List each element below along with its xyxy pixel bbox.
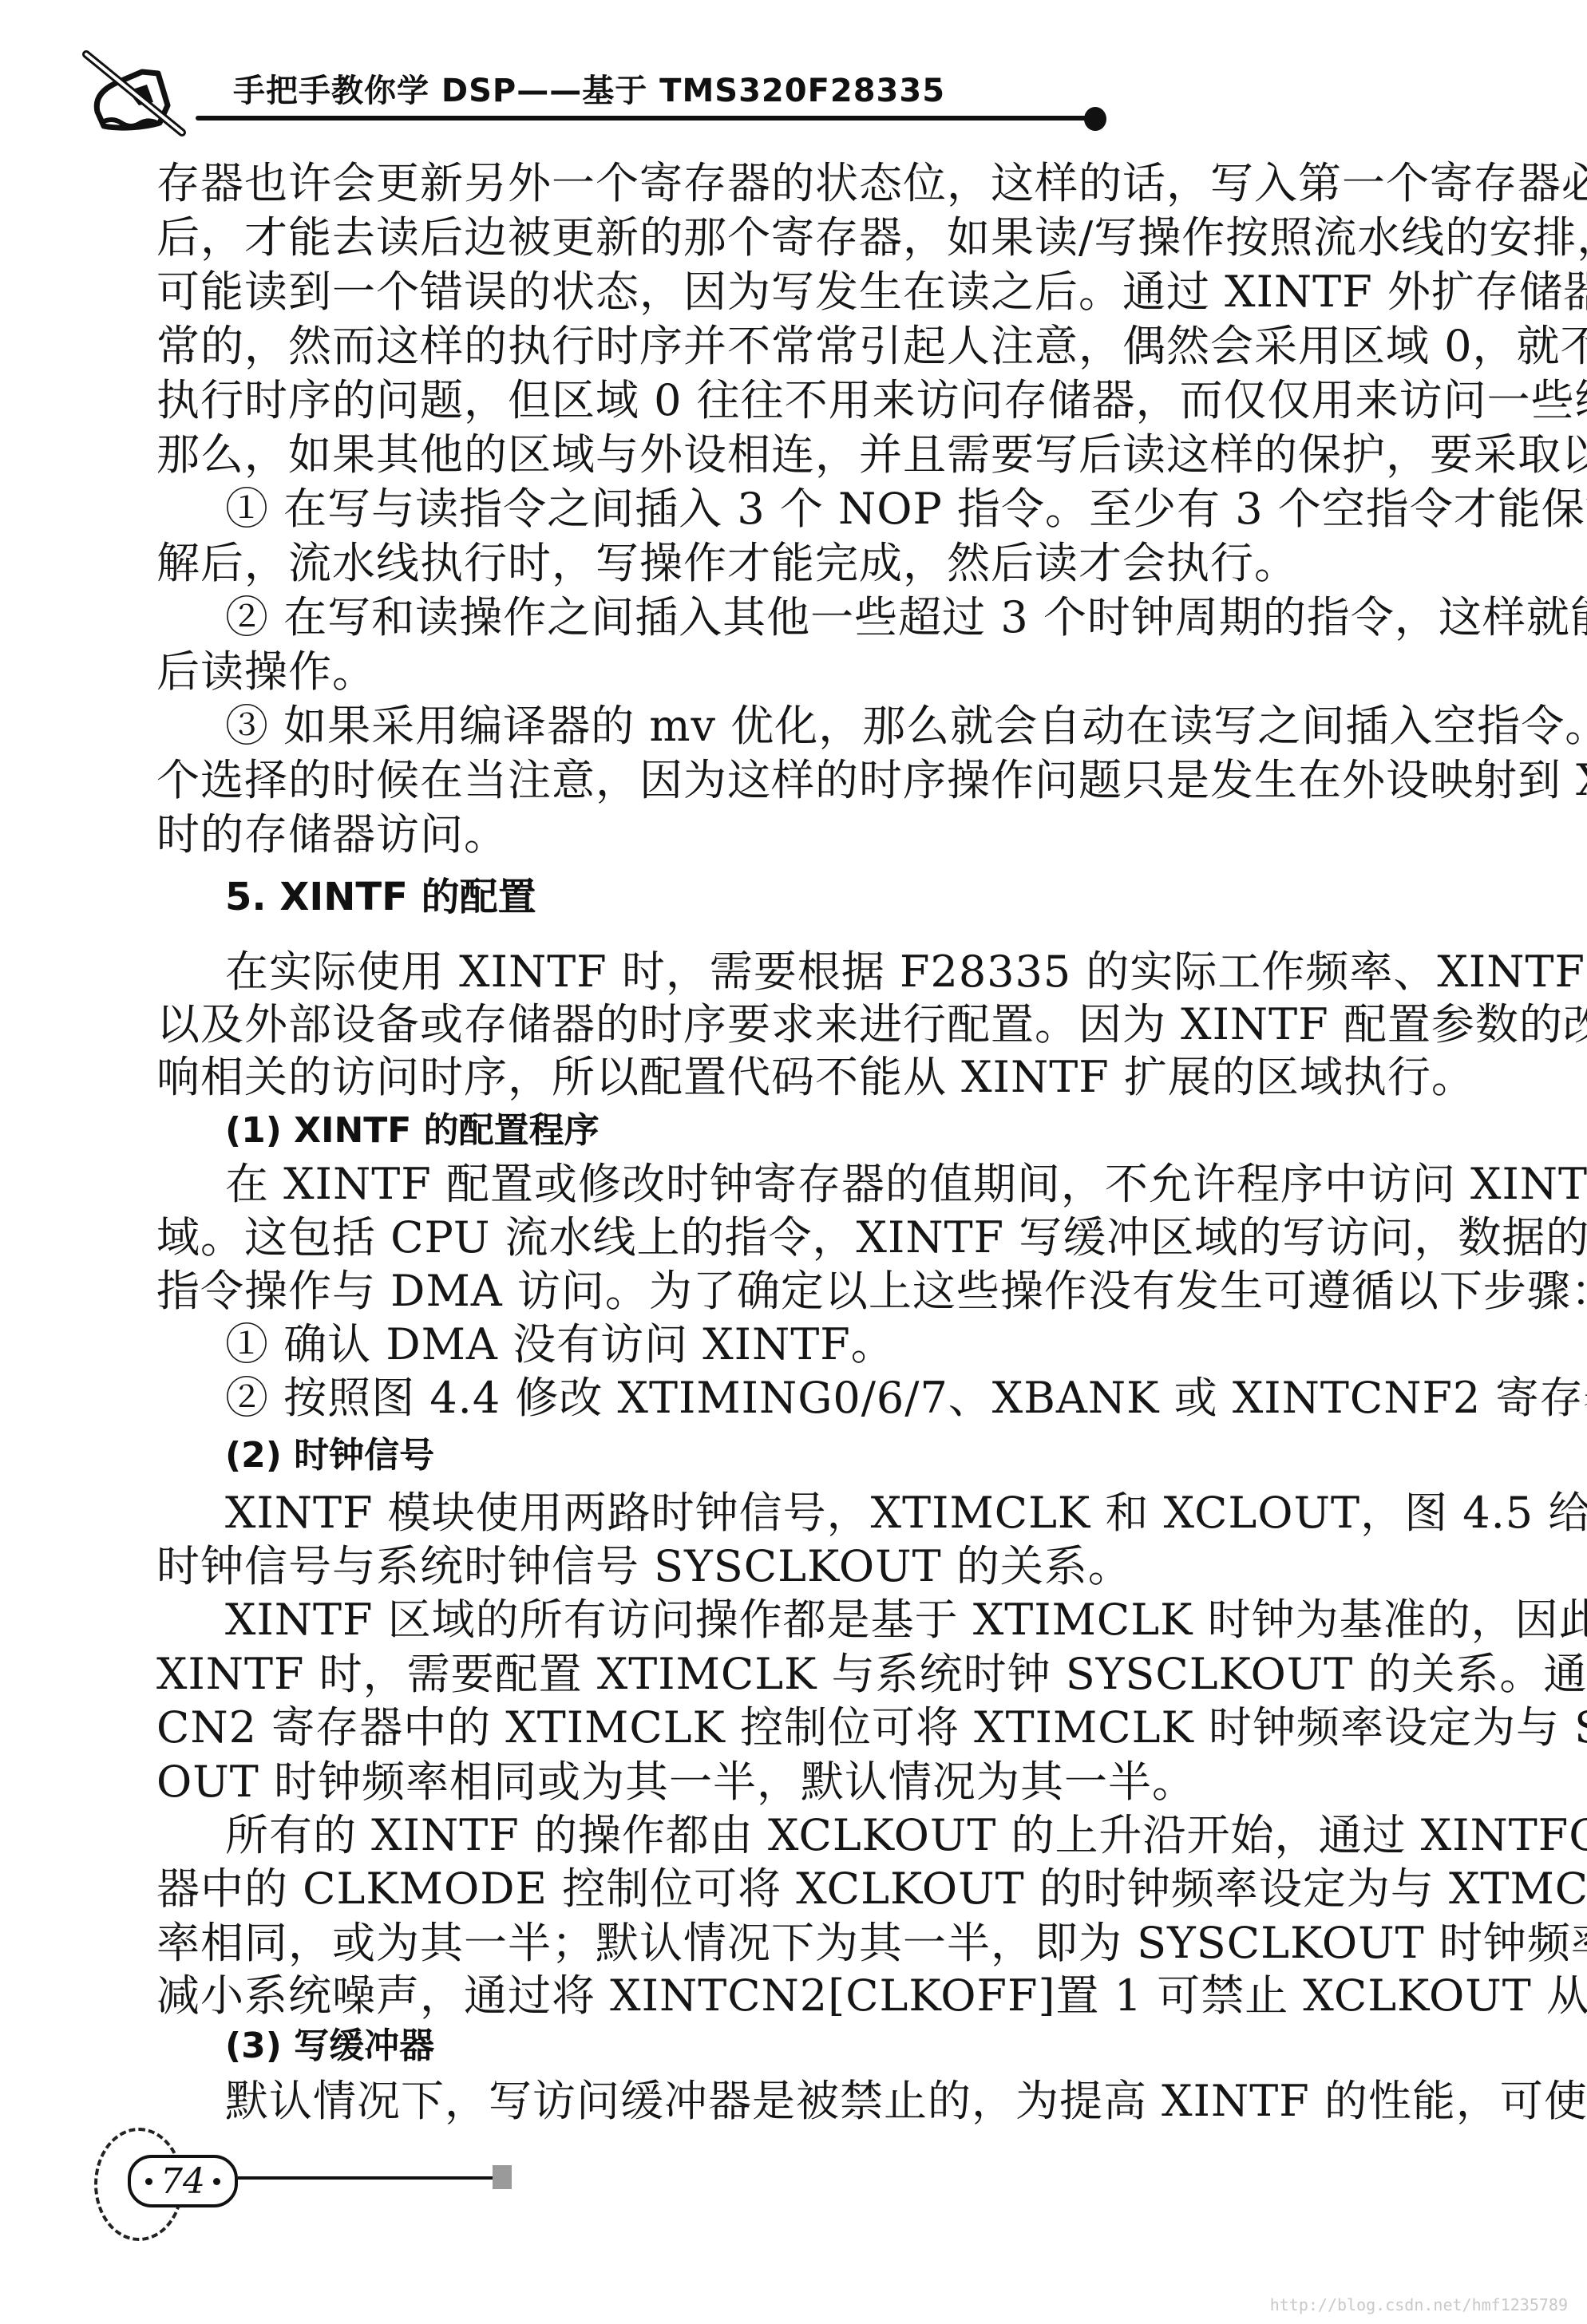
text-line: OUT 时钟频率相同或为其一半，默认情况为其一半。 xyxy=(156,1755,1506,1809)
text-line: 默认情况下，写访问缓冲器是被禁止的，为提高 XINTF 的性能，可使能写缓冲 xyxy=(225,2074,1506,2128)
hand-writing-pen-icon xyxy=(80,49,208,137)
text-line: 在 XINTF 配置或修改时钟寄存器的值期间，不允许程序中访问 XINTF 相关… xyxy=(225,1157,1506,1211)
text-line: 率相同，或为其一半；默认情况下为其一半，即为 SYSCLKOUT 时钟频率的 1… xyxy=(156,1916,1506,1970)
text-line: 时钟信号与系统时钟信号 SYSCLKOUT 的关系。 xyxy=(156,1539,1506,1594)
header-rule-end-dot xyxy=(1084,107,1106,131)
text-line: 解后，流水线执行时，写操作才能完成，然后读才会执行。 xyxy=(156,536,1506,591)
text-line: 存器也许会更新另外一个寄存器的状态位，这样的话，写入第一个寄存器必须完成 xyxy=(156,156,1506,211)
text-line: 器中的 CLKMODE 控制位可将 XCLKOUT 的时钟频率设定为与 XTMC… xyxy=(156,1862,1506,1916)
bullet-dot-icon xyxy=(145,2178,152,2185)
text-line: XINTF 模块使用两路时钟信号，XTIMCLK 和 XCLOUT，图 4.5 … xyxy=(225,1486,1506,1540)
text-line: 后，才能去读后边被更新的那个寄存器，如果读/写操作按照流水线的安排，那么就有 xyxy=(156,211,1506,265)
text-line: 域。这包括 CPU 流水线上的指令，XINTF 写缓冲区域的写访问，数据的读/写… xyxy=(156,1211,1506,1265)
text-line: XINTF 区域的所有访问操作都是基于 XTIMCLK 时钟为基准的，因此配置 xyxy=(225,1593,1506,1647)
footer-rule-end-square xyxy=(493,2165,512,2189)
text-line: 在实际使用 XINTF 时，需要根据 F28335 的实际工作频率、XINTF … xyxy=(225,945,1506,999)
text-line: 执行时序的问题，但区域 0 往往不用来访问存储器，而仅仅用来访问一些终端设备。 xyxy=(156,373,1506,428)
text-line: 时的存储器访问。 xyxy=(156,808,1506,862)
list-item: ② 在写和读操作之间插入其他一些超过 3 个时钟周期的指令，这样就能保证写 xyxy=(225,591,1506,645)
text-line: 以及外部设备或存储器的时序要求来进行配置。因为 XINTF 配置参数的改变会影 xyxy=(156,998,1506,1052)
text-line: 那么，如果其他的区域与外设相连，并且需要写后读这样的保护，要采取以下措施： xyxy=(156,428,1506,482)
book-title: 手把手教你学 DSP——基于 TMS320F28335 xyxy=(233,65,945,111)
list-item: ③ 如果采用编译器的 mv 优化，那么就会自动在读写之间插入空指令。要用这 xyxy=(225,699,1506,753)
text-line: 可能读到一个错误的状态，因为写发生在读之后。通过 XINTF 外扩存储器是很正 xyxy=(156,265,1506,319)
text-line: 后读操作。 xyxy=(156,645,1506,699)
list-item: ① 确认 DMA 没有访问 XINTF。 xyxy=(225,1318,1506,1372)
text-line: CN2 寄存器中的 XTIMCLK 控制位可将 XTIMCLK 时钟频率设定为与… xyxy=(156,1701,1506,1755)
header-rule xyxy=(196,116,1090,121)
text-line: XINTF 时，需要配置 XTIMCLK 与系统时钟 SYSCLKOUT 的关系… xyxy=(156,1647,1506,1701)
text-line: 个选择的时候在当注意，因为这样的时序操作问题只是发生在外设映射到 XINTF xyxy=(156,753,1506,808)
subsection-heading: (1) XINTF 的配置程序 xyxy=(225,1104,600,1158)
list-item: ① 在写与读指令之间插入 3 个 NOP 指令。至少有 3 个空指令才能保证代码… xyxy=(225,482,1506,536)
text-line: 响相关的访问时序，所以配置代码不能从 XINTF 扩展的区域执行。 xyxy=(156,1050,1506,1105)
watermark-url: http://blog.csdn.net/hmf1235789 xyxy=(1270,2295,1568,2314)
page-number: 74 xyxy=(160,2161,205,2202)
footer-rule xyxy=(238,2176,493,2180)
bullet-dot-icon xyxy=(213,2178,220,2185)
text-line: 指令操作与 DMA 访问。为了确定以上这些操作没有发生可遵循以下步骤： xyxy=(156,1264,1506,1318)
text-line: 常的，然而这样的执行时序并不常常引起人注意，偶然会采用区域 0，就不会有这样 xyxy=(156,319,1506,373)
text-line: 减小系统噪声，通过将 XINTCN2[CLKOFF]置 1 可禁止 XCLKOU… xyxy=(156,1969,1506,2023)
subsection-heading: (2) 时钟信号 xyxy=(225,1429,434,1483)
text-line: 所有的 XINTF 的操作都由 XCLKOUT 的上升沿开始，通过 XINTFC… xyxy=(225,1808,1506,1863)
list-item: ② 按照图 4.4 修改 XTIMING0/6/7、XBANK 或 XINTCN… xyxy=(225,1371,1506,1425)
section-heading: 5. XINTF 的配置 xyxy=(225,870,536,924)
subsection-heading: (3) 写缓冲器 xyxy=(225,2019,434,2073)
page-number-badge: 74 xyxy=(128,2155,238,2207)
